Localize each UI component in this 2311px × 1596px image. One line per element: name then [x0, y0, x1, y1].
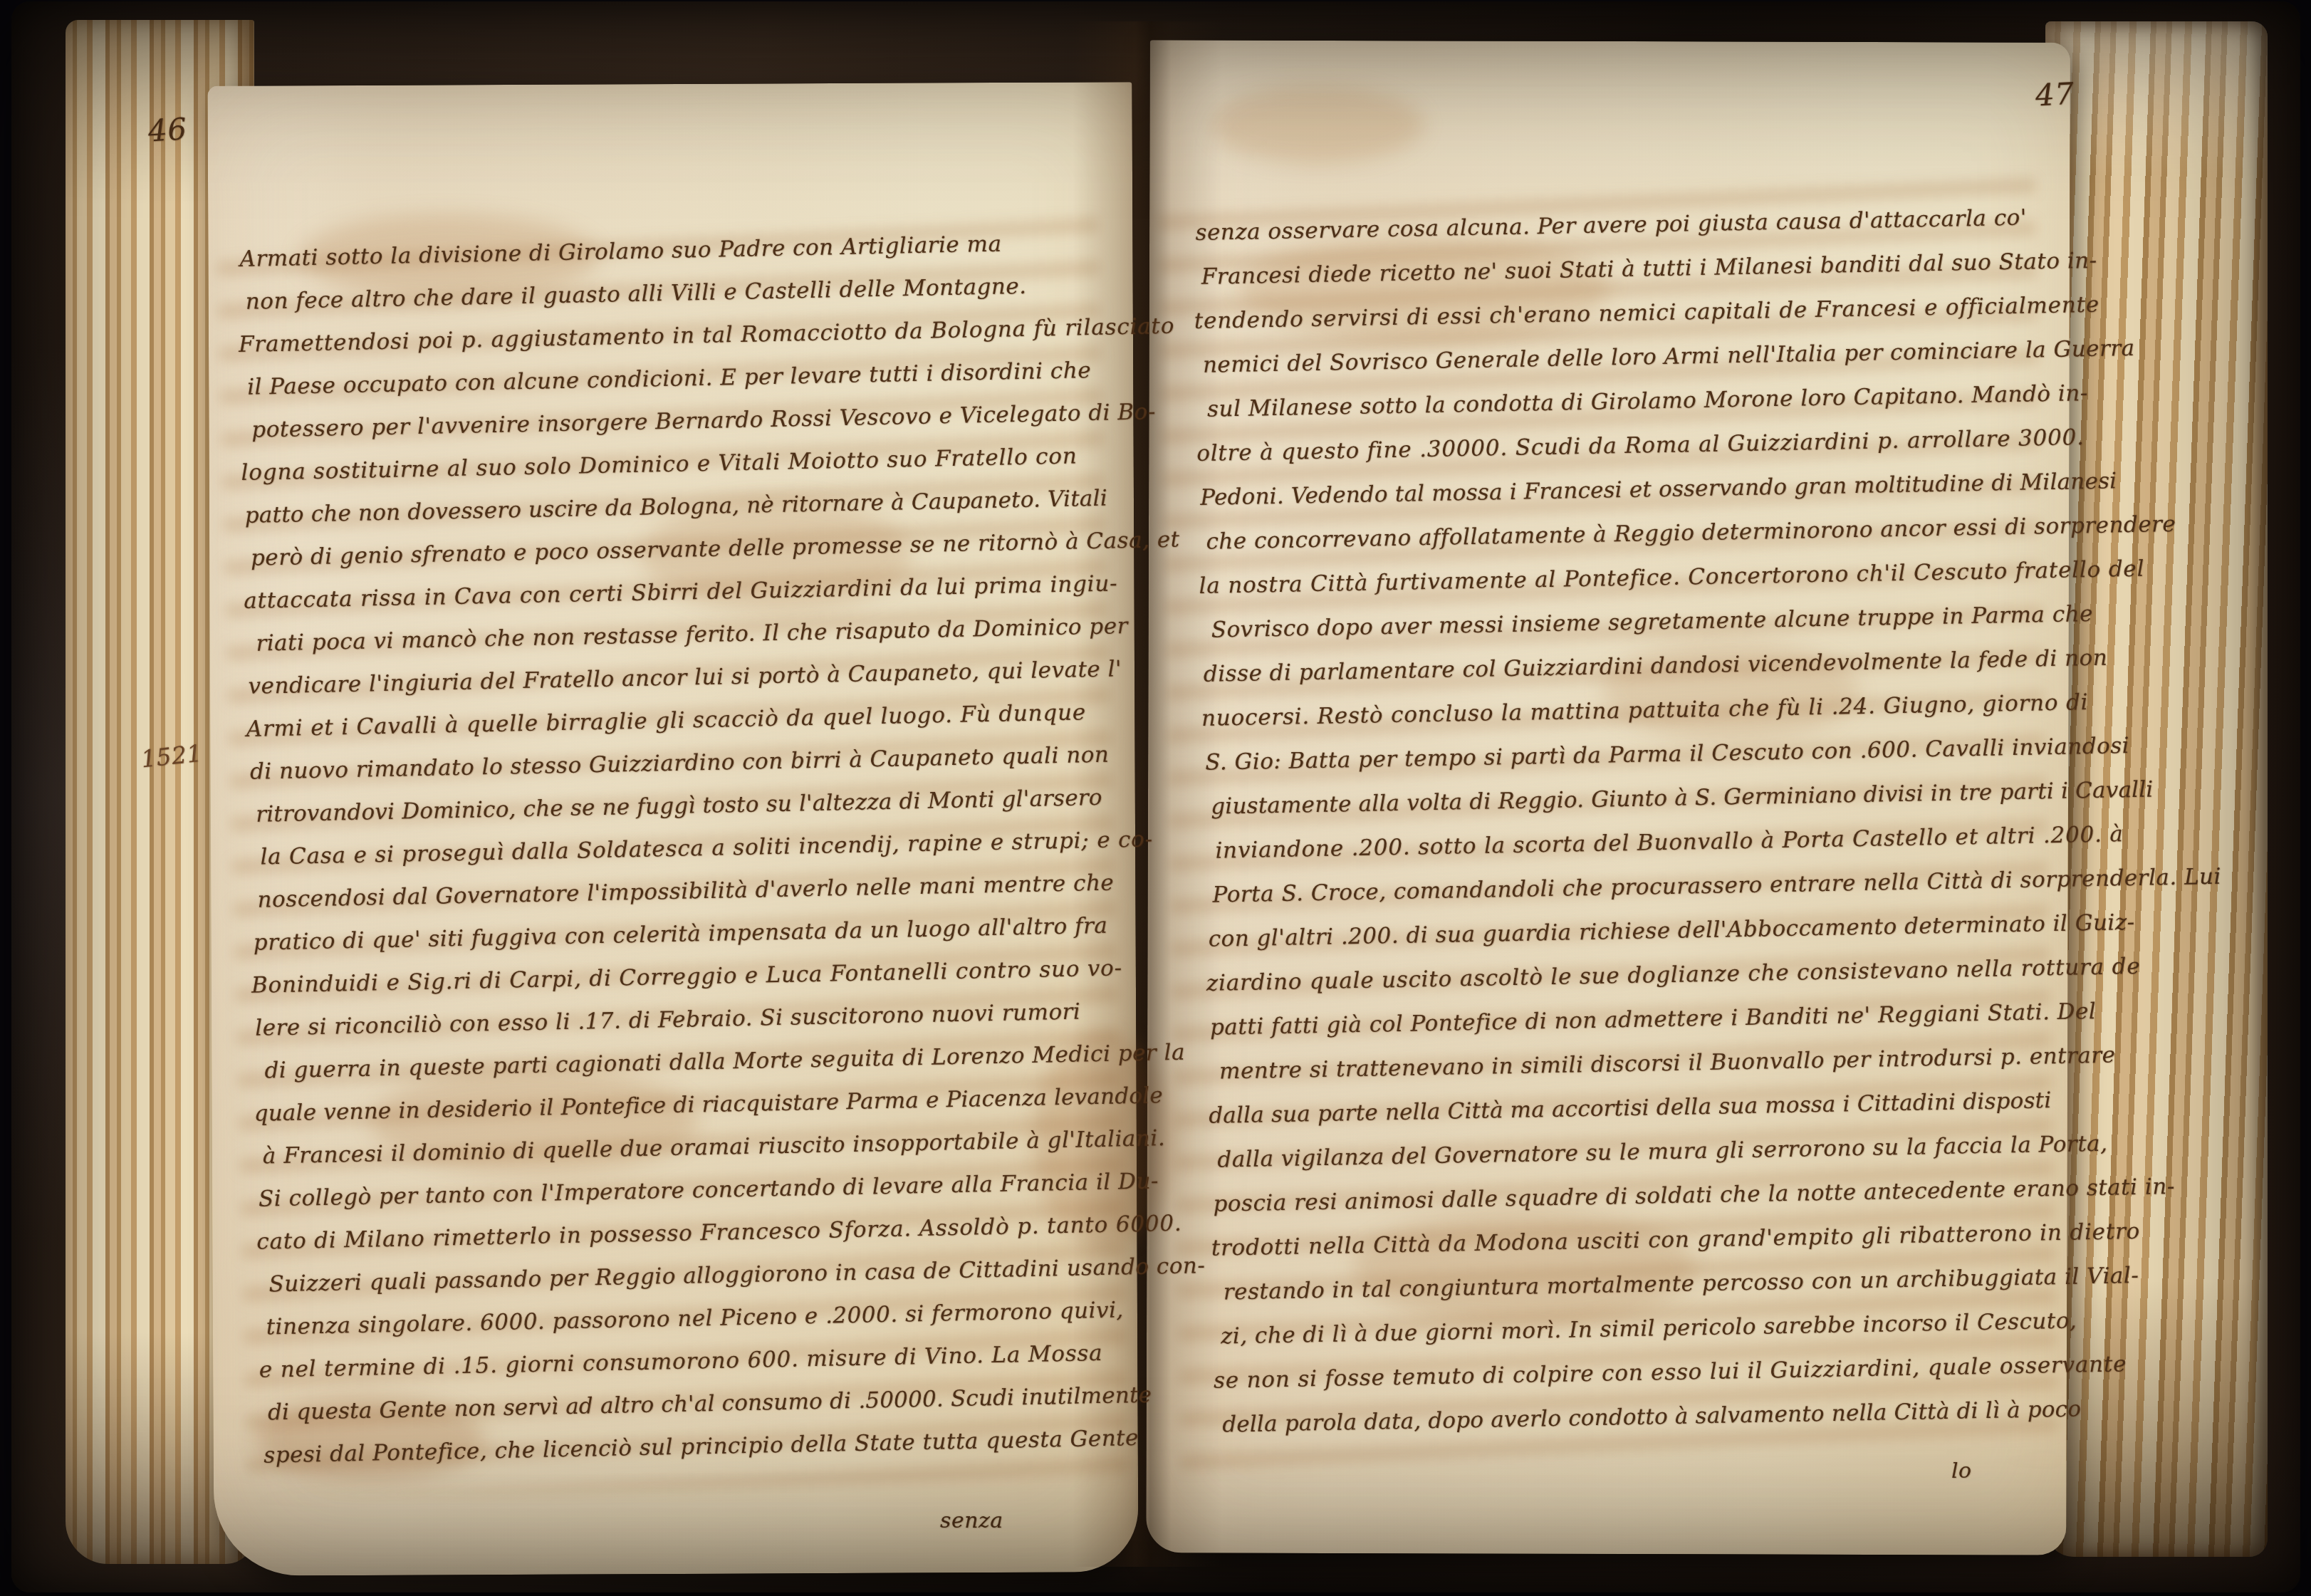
manuscript-text-right: senza osservare cosa alcuna. Per avere p…: [1195, 195, 2080, 1447]
manuscript-text-left: Armati sotto la divisione di Girolamo su…: [239, 220, 1152, 1477]
page-number-47: 47: [2035, 76, 2075, 113]
manuscript-photo: 46 47 1521 Armati sotto la divisione di …: [0, 0, 2311, 1596]
catchword-left: senza: [940, 1508, 1003, 1533]
catchword-right: lo: [1951, 1459, 1972, 1483]
page-number-46: 46: [147, 111, 188, 149]
